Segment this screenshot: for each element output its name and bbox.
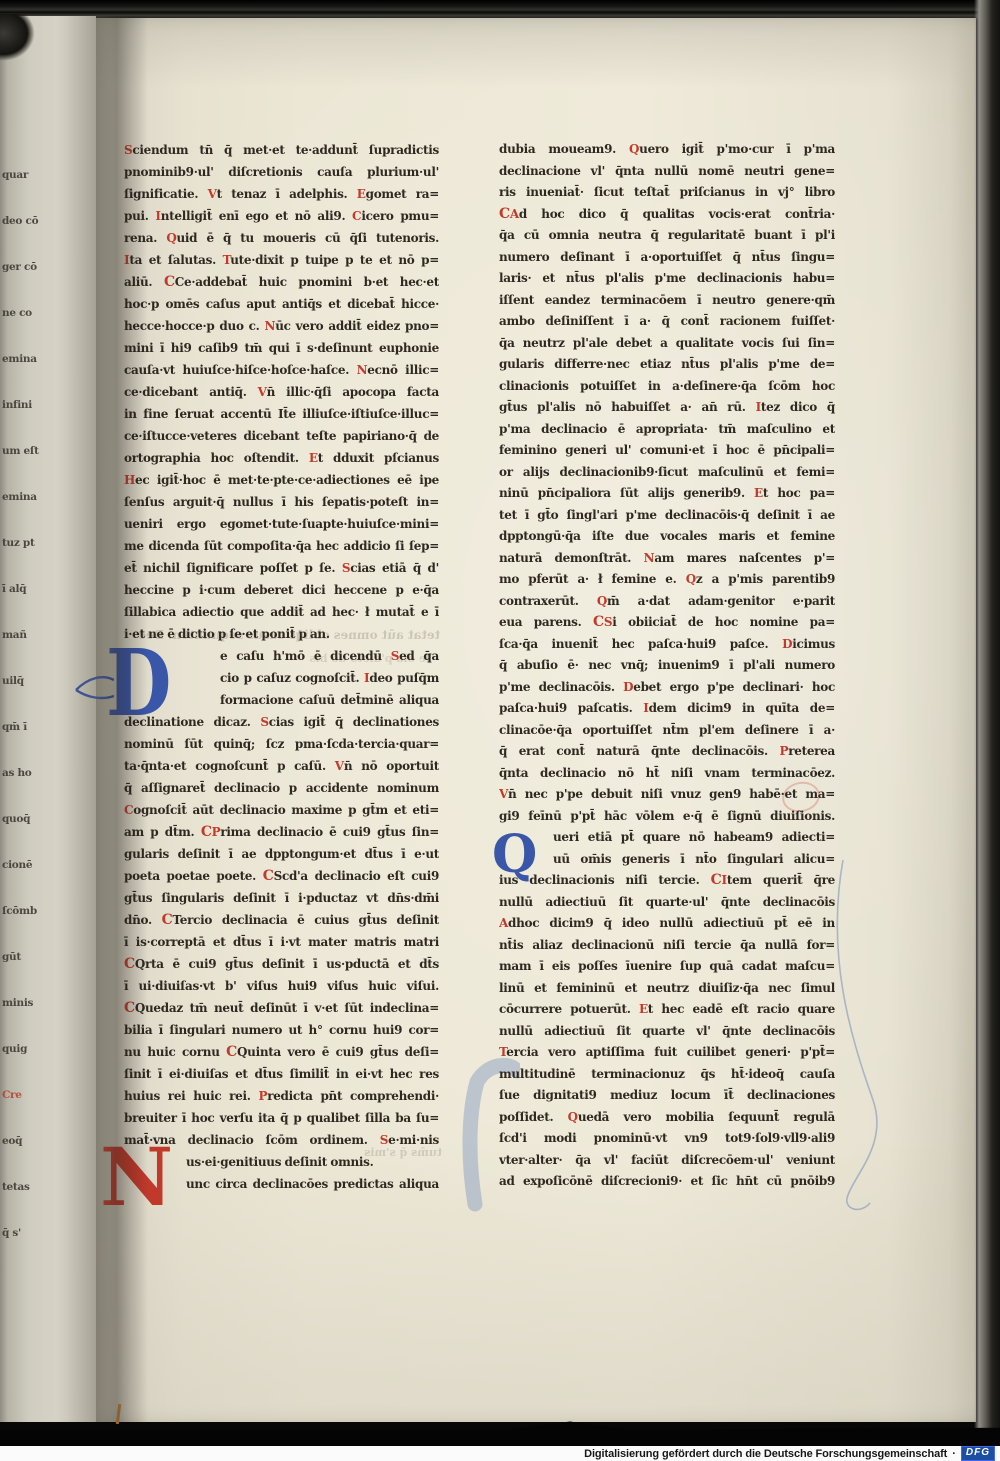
text-line: nt̄is aliaz declinacionū niſi tercie q̄a… <box>499 935 835 957</box>
facing-page-text-fragments: quardeo cōger cōne coeminainfinium eſtem… <box>2 168 64 1272</box>
text-line: poeta poetae poete. CScd'a declinacio eſ… <box>124 865 439 887</box>
facing-page-fragment: q̄ s' <box>2 1226 64 1272</box>
text-line: ī ui·diuiſas·vt b' viſus hui9 viſus huic… <box>124 975 439 997</box>
digitization-credit-bar: Digitalisierung gefördert durch die Deut… <box>0 1446 1000 1461</box>
facing-page-fragment: cionē <box>2 858 64 904</box>
text-line: huius rei huic rei. Predicta pn̄t compre… <box>124 1085 439 1107</box>
text-line: ris inueniat̄· ſicut teſtat̄ priſcianus … <box>499 182 835 204</box>
facing-page-fragment: quig <box>2 1042 64 1088</box>
text-line: Hec igit̄·hoc ē met·te·pte·ce·adiectione… <box>124 469 439 491</box>
text-line: CQuedaz tm̄ neut̄ deſinūt ī v·et ſūt ind… <box>124 997 439 1019</box>
facing-page-fragment: emina <box>2 490 64 536</box>
text-line: ſillabica adiectio que addit̄ ad hec· ł … <box>124 601 439 623</box>
text-line: multitudinē terminacionuz q̄s ht̄·ideoq̄… <box>499 1064 835 1086</box>
facing-page-fragment: quar <box>2 168 64 214</box>
text-line: or alijs declinacionib9·ſicut maſculinū … <box>499 462 835 484</box>
text-line: Cognoſcit̄ aūt declinacio maxime p gt̄m … <box>124 799 439 821</box>
text-line: et̄ nichil ſignificare poſſet p ſe. Scia… <box>124 557 439 579</box>
text-line: in fine ſeruat accentū It̄e illiuſce·iſt… <box>124 403 439 425</box>
dfg-logo: DFG <box>961 1446 995 1461</box>
text-line: heccine p i·cum deberet dici heccene p e… <box>124 579 439 601</box>
facing-page-fragment: infini <box>2 398 64 444</box>
facing-page-fragment: quoq̄ <box>2 812 64 858</box>
facing-page-fragment: ſcōmb <box>2 904 64 950</box>
text-line: Adhoc dicim9 q̄ ideo nullū adiectiuū pt̄… <box>499 913 835 935</box>
book-bottom-page-edges <box>0 1420 1000 1446</box>
facing-page-fragment: tetas <box>2 1180 64 1226</box>
facing-page-fragment: ī alq̄ <box>2 582 64 628</box>
text-line: hecce·hocce·p duo c. Nūc vero addit̄ eid… <box>124 315 439 337</box>
text-line: hoc·p omēs caſus aput antiq̄s et dicebat… <box>124 293 439 315</box>
text-line: clinacōe·q̄a oportuiſſet nt̄m pl'em deſi… <box>499 720 835 742</box>
text-line: nu huic cornu CQuinta vero ē cui9 gt̄us … <box>124 1041 439 1063</box>
text-line: cauſa·vt huiuſce·hiſce·hoſce·haſce. Necn… <box>124 359 439 381</box>
text-line: pnominib9·ul' diſcretionis cauſa plurium… <box>124 161 439 183</box>
text-line: paſca·hui9 paſcatis. Idem dicim9 in quīt… <box>499 698 835 720</box>
text-line: eua parens. CSi obiiciat̄ de hoc nomine … <box>499 612 835 634</box>
text-line: dn̄o. CTercio declinacia ē cuius gt̄us d… <box>124 909 439 931</box>
text-line: ſinit ī ei·diuiſas et dt̄us ſimilit̄ in … <box>124 1063 439 1085</box>
text-line: declinacione vl' q̄nta nullū nomē neutri… <box>499 161 835 183</box>
text-line: nullū adiectiuū ſit quarte·ul' q̄nte dec… <box>499 892 835 914</box>
facing-page-fragment: eoq̄ <box>2 1134 64 1180</box>
text-line: tet ī gt̄o ſingl'ari p'me declinacōis·q̄… <box>499 505 835 527</box>
gutter-shadow <box>56 16 148 1422</box>
digitized-manuscript-scan: quardeo cōger cōne coeminainfinium eſtem… <box>0 0 1000 1461</box>
text-line: contraxerūt. Qm̄ a·dat adam·genitor e·pa… <box>499 591 835 613</box>
facing-page-fragment: deo cō <box>2 214 64 260</box>
text-line: p'ma declinacio ē apropriata· tm̄ maſcul… <box>499 419 835 441</box>
text-line: ī is·correptā et dt̄us ī i·vt mater matr… <box>124 931 439 953</box>
text-line: gularis differre·nec etiaz nt̄us pl'alis… <box>499 354 835 376</box>
text-line: cōcurrere potuerūt. Et hec eadē eſt raci… <box>499 999 835 1021</box>
facing-page-fragment: mañ <box>2 628 64 674</box>
text-line: mam ī eis poſſes īuenire ſup quā cadat m… <box>499 956 835 978</box>
text-line: gt̄us ſingularis deſinit ī i·pductaz vt … <box>124 887 439 909</box>
text-line: q̄a neutrz pl'ale debet a qualitate voci… <box>499 333 835 355</box>
text-line: ninū pn̄cipaliora ſūt alijs generib9. Et… <box>499 483 835 505</box>
facing-page-fragment: minis <box>2 996 64 1042</box>
text-line: aliū. CCe·addebat̄ huic pnomini b·et hec… <box>124 271 439 293</box>
text-line: ſignificatie. Vt tenaz ī adelphis. Egome… <box>124 183 439 205</box>
facing-page-fragment: um eſt <box>2 444 64 490</box>
text-line: dpptongū·q̄a iſte due vocales maris et f… <box>499 526 835 548</box>
text-line: q̄nta declinacio nō ht̄ niſi vnam termin… <box>499 763 835 785</box>
text-line: ſca·q̄a inuenit̄ hec paſca·hui9 paſce. D… <box>499 634 835 656</box>
text-line: Vn̄ nec p'pe debuit niſi vnuz gen9 habē·… <box>499 784 835 806</box>
fore-edge-shadow <box>974 0 1000 1444</box>
text-line: ce·iſtucce·veteres dicebant teſte papiri… <box>124 425 439 447</box>
credit-separator: · <box>952 1448 956 1460</box>
facing-page-fragment: ger cō <box>2 260 64 306</box>
initial-letter-q: Q <box>492 830 537 880</box>
text-line: gularis deſinit ī ae dpptongum·et dt̄us … <box>124 843 439 865</box>
text-line: ce·dicebant antiq̄. Vn̄ illic·q̄ſi apoco… <box>124 381 439 403</box>
text-line: iſſent eandez terminacōem ī neutro gener… <box>499 290 835 312</box>
text-line: nullū adiectiuū ſit quarte vl' q̄nte dec… <box>499 1021 835 1043</box>
facing-page-fragment: as ho <box>2 766 64 812</box>
text-line: ſue dignitati9 mediuz locum īt̄ declinac… <box>499 1085 835 1107</box>
text-line: vter·alter· q̄a vl' faciūt diſcrecōem·ul… <box>499 1150 835 1172</box>
text-line: pui. Intelligit̄ enī ego et nō ali9. Cic… <box>124 205 439 227</box>
pen-flourish <box>818 845 938 1245</box>
text-line: ueri etiā pt̄ quare nō habeam9 adiecti= <box>499 827 835 849</box>
text-line: ambo deſiniſſent ī a· q̄ cont̄ racionem … <box>499 311 835 333</box>
text-line: uū om̄is generis ī nt̄o ſingulari alicu= <box>499 849 835 871</box>
text-line: ſenſus arguit·q̄ nullus ī his ſepatis·po… <box>124 491 439 513</box>
text-line: ſcd'i modi pnominū·vt vn9 tot9·ſol9·vll9… <box>499 1128 835 1150</box>
text-line: Ita et ſalutas. Tute·dixit p tuipe p te … <box>124 249 439 271</box>
text-line: laris· et nt̄us pl'alis p'me declinacion… <box>499 268 835 290</box>
facing-page-fragment: tuz pt <box>2 536 64 582</box>
book-top-page-edges <box>0 0 1000 20</box>
text-line: linū et femininū et neutrz diuiſiz·q̄a n… <box>499 978 835 1000</box>
text-line: q̄ aſſignaret̄ declinacio p accidente no… <box>124 777 439 799</box>
text-line: q̄ abuſio ē· nec vnq̄; inuenim9 ī pl'ali… <box>499 655 835 677</box>
text-line: q̄a cū omnia neutra q̄ regularitatē buan… <box>499 225 835 247</box>
text-line: naturā demonſtrāt. Nam mares naſcentes p… <box>499 548 835 570</box>
text-line: CQrta ē cui9 gt̄us deſinit ī us·pductā e… <box>124 953 439 975</box>
text-line: Tercia vero aptiſſima fuit cuilibet gene… <box>499 1042 835 1064</box>
text-column-right: dubia moueam9. Quero igit̄ p'mo·cur ī p'… <box>499 139 835 1193</box>
text-line: CAd hoc dico q̄ qualitas vocis·erat cont… <box>499 204 835 226</box>
text-line: ortographia hoc oſtendit. Et dduxit pſci… <box>124 447 439 469</box>
facing-page-fragment: qm̄ ī <box>2 720 64 766</box>
text-line: ueniri ergo egomet·tute·ſuapte·huiuſce·m… <box>124 513 439 535</box>
text-line: q̄ erat cont̄ naturā q̄nte declinacōis. … <box>499 741 835 763</box>
text-line: ad expoſicōnē diſcrecioni9· et ſic hn̄t … <box>499 1171 835 1193</box>
text-line: feminino generi ul' comuni·et ī hoc ē pn… <box>499 440 835 462</box>
facing-page-fragment: emina <box>2 352 64 398</box>
text-line: mini ī hi9 caſib9 tm̄ qui ī s·deſinunt e… <box>124 337 439 359</box>
text-line: ius declinacionis niſi tercie. CItem que… <box>499 870 835 892</box>
text-line: am p dt̄m. CPrima declinacio ē cui9 gt̄u… <box>124 821 439 843</box>
text-line: poſſidet. Quedā vero mobilia ſequunt̄ re… <box>499 1107 835 1129</box>
text-line: Sciendum tn̄ q̄ met·et te·addunt̄ ſuprad… <box>124 139 439 161</box>
text-line: me dicenda ſūt compoſita·q̄a hec addicio… <box>124 535 439 557</box>
facing-page-fragment: uilq̄ <box>2 674 64 720</box>
text-line: dubia moueam9. Quero igit̄ p'mo·cur ī p'… <box>499 139 835 161</box>
credit-text: Digitalisierung gefördert durch die Deut… <box>584 1448 947 1460</box>
facing-page-fragment: gūt <box>2 950 64 996</box>
text-line: numero deſinant ī a·oportuiſſet q̄ nt̄us… <box>499 247 835 269</box>
text-line: bilia ī ſingulari numero ut h° cornu hui… <box>124 1019 439 1041</box>
text-line: gi9 feīnū p'pt̄ hāc vōlem e·q̄ ē ſignū d… <box>499 806 835 828</box>
text-line: p'me declinacōis. Debet ergo p'pe declin… <box>499 677 835 699</box>
text-line: gt̄us pl'alis nō habuiſſet a· an̄ rū. It… <box>499 397 835 419</box>
text-line: clinacionis potuiſſet in a·deſinere·q̄a … <box>499 376 835 398</box>
text-line: ta·q̄nta·et cognoſcunt̄ p caſū. Vn̄ nō o… <box>124 755 439 777</box>
facing-page-fragment: Cre <box>2 1088 64 1134</box>
text-line: rena. Quid ē q̄ tu moueris cū q̄ſi tuten… <box>124 227 439 249</box>
text-line: mo pferūt a· ł femine e. Qz a p'mis pare… <box>499 569 835 591</box>
text-line: breuiter ī hoc verſu ita q̄ p qualibet ſ… <box>124 1107 439 1129</box>
facing-page-fragment: ne co <box>2 306 64 352</box>
